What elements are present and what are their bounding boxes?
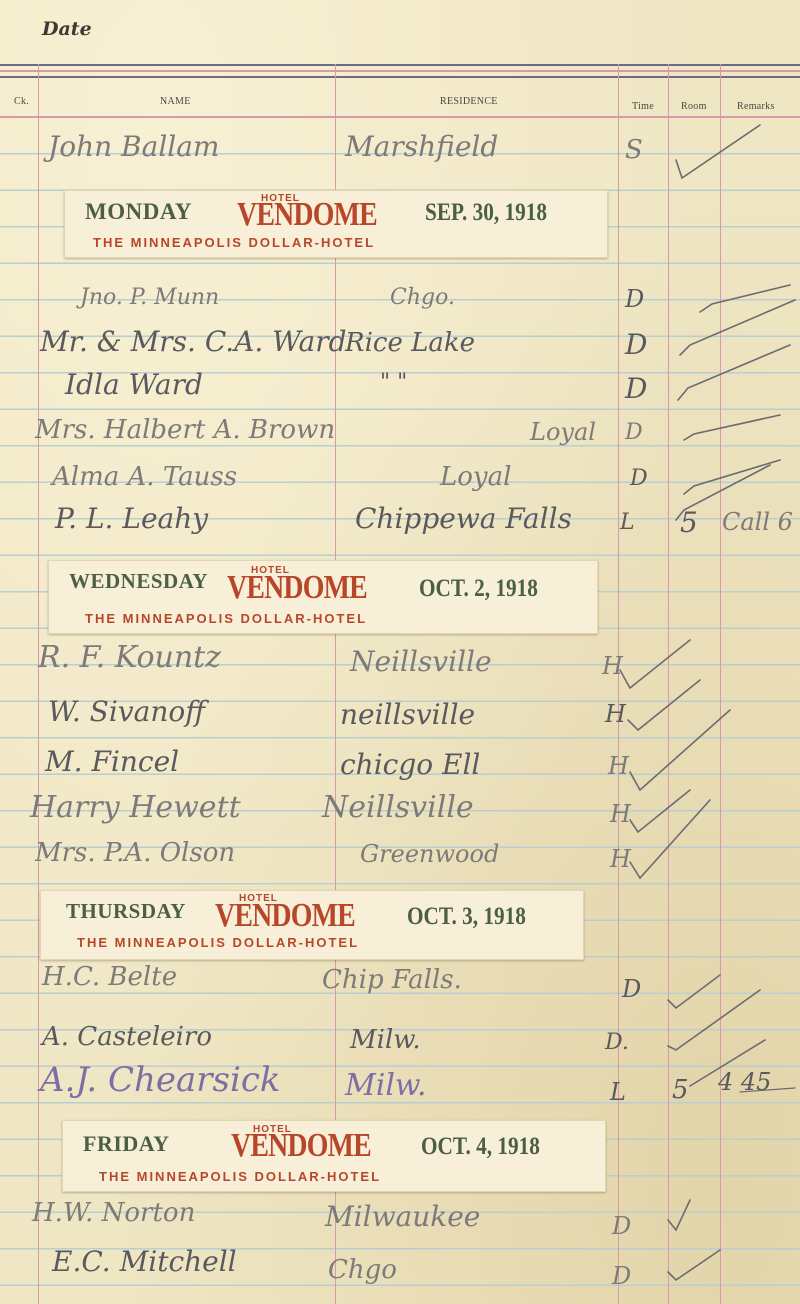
checkmark-icon-layer xyxy=(0,0,800,1304)
checkmark-icon xyxy=(690,1040,765,1086)
checkmark-icon xyxy=(668,1250,720,1280)
checkmark-icon xyxy=(630,790,690,832)
checkmark-icon xyxy=(668,1200,690,1230)
checkmark-icon xyxy=(668,975,720,1008)
checkmark-icon xyxy=(676,465,770,520)
checkmark-icon xyxy=(678,345,790,400)
checkmark-icon xyxy=(628,680,700,730)
checkmark-icon xyxy=(668,990,760,1050)
checkmark-icon xyxy=(684,415,780,440)
checkmark-icon xyxy=(630,710,730,790)
checkmark-icon xyxy=(620,640,690,688)
checkmark-icon xyxy=(684,460,780,494)
checkmark-icon xyxy=(676,125,760,178)
checkmark-icon xyxy=(680,300,795,355)
checkmark-icon xyxy=(630,800,710,878)
underline-mark xyxy=(740,1088,795,1092)
